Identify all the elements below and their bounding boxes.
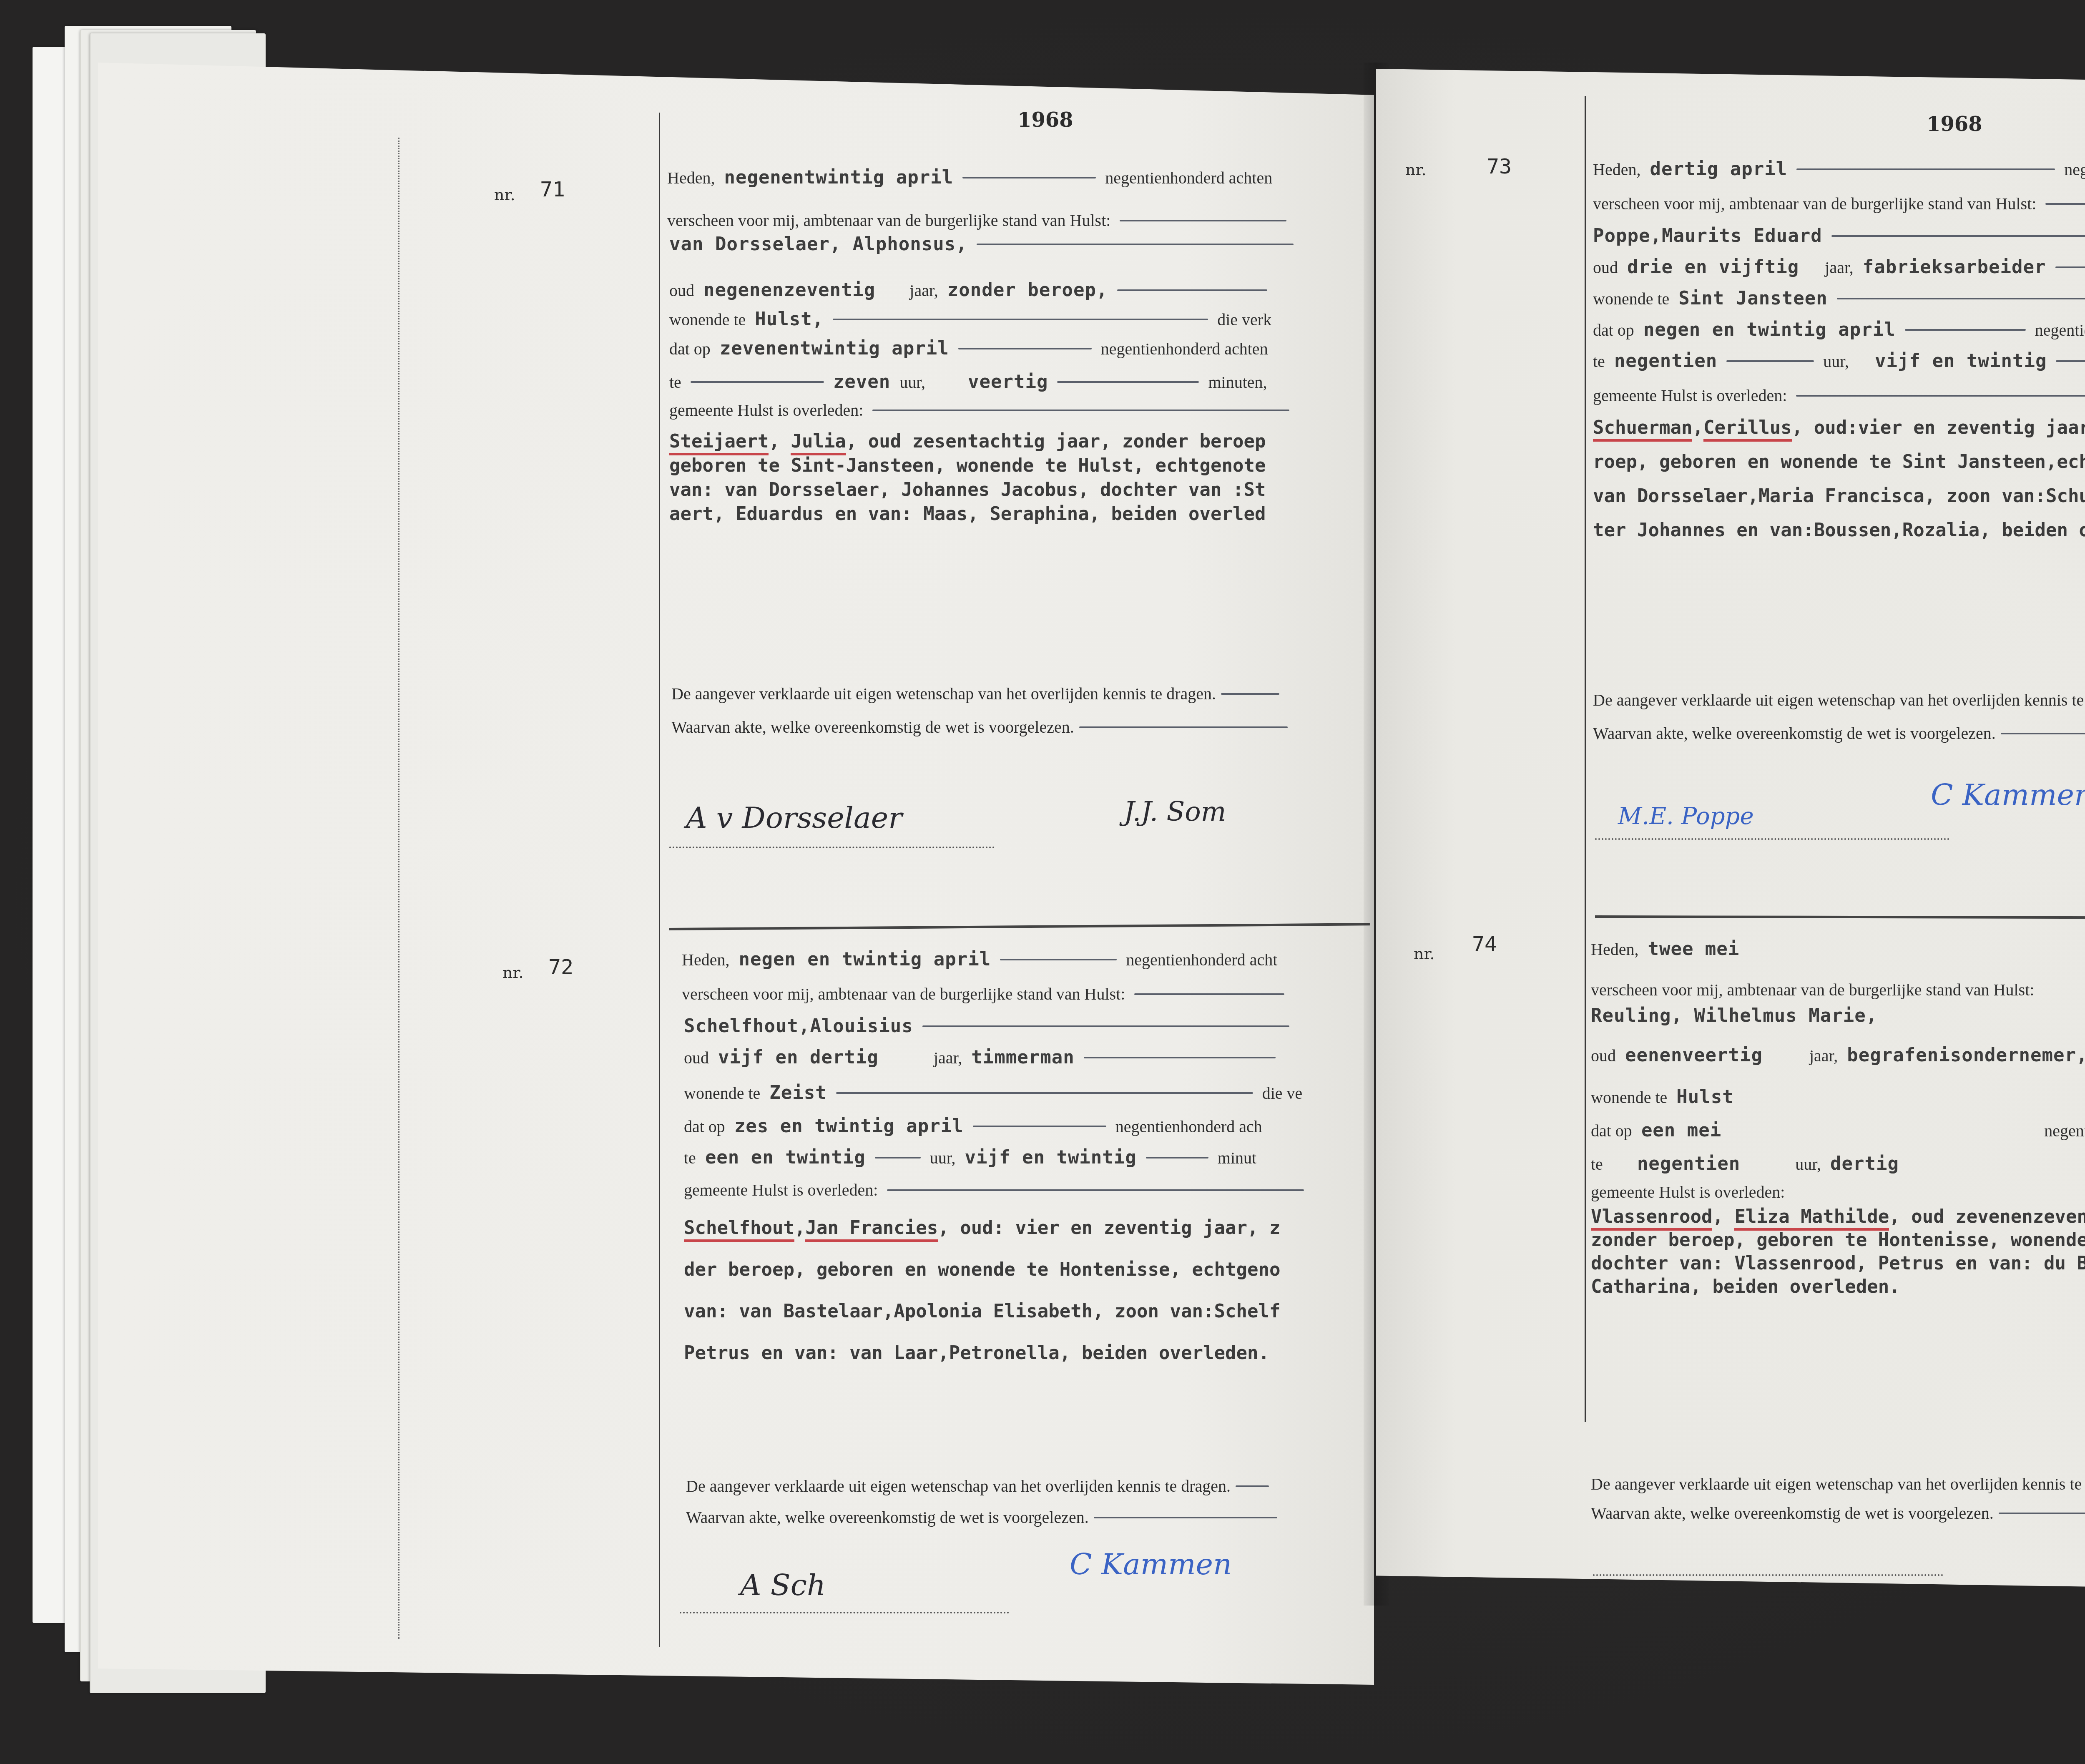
- deceased-surname: Schuerman: [1593, 417, 1692, 442]
- signature-line: [680, 1612, 1009, 1613]
- blank-line: [836, 1092, 1253, 1094]
- nr-label: nr.: [494, 186, 515, 204]
- label-uur: uur,: [1795, 1154, 1821, 1174]
- body-line: der beroep, geboren en wonende te Honten…: [684, 1259, 1280, 1280]
- blank-line: [2001, 733, 2085, 734]
- label-wonende-te: wonende te: [1591, 1088, 1667, 1107]
- field-residence: Zeist: [769, 1082, 826, 1103]
- field-minutes: vijf en twintig: [965, 1147, 1136, 1168]
- label-wonende-te: wonende te: [1593, 289, 1669, 309]
- blank-line: [1796, 168, 2055, 170]
- field-age: eenenveertig: [1625, 1045, 1763, 1066]
- label-oud: oud: [669, 281, 694, 300]
- label-uur: uur,: [930, 1148, 956, 1168]
- blank-line: [1117, 289, 1267, 291]
- label-heden: Heden,: [667, 168, 715, 188]
- body-line: zonder beroep, geboren te Hontenisse, wo…: [1591, 1229, 2085, 1251]
- body-line: Petrus en van: van Laar,Petronella, beid…: [684, 1342, 1269, 1364]
- blank-line: [691, 381, 824, 383]
- label-minuten: minut: [1218, 1148, 1256, 1168]
- field-minutes: veertig: [968, 371, 1048, 392]
- field-date-of-death: een mei: [1641, 1120, 1721, 1141]
- field-age: negenenzeventig: [703, 279, 875, 301]
- blank-line: [977, 244, 1294, 245]
- margin-dotted-rule: [398, 138, 399, 1639]
- field-residence: Hulst,: [755, 309, 824, 330]
- record-number: 73: [1487, 154, 1512, 178]
- field-age: drie en vijftig: [1627, 256, 1799, 278]
- blank-line: [1999, 1513, 2085, 1514]
- blank-line: [875, 1157, 921, 1158]
- signature-declarant: A v Dorsselaer: [686, 801, 902, 835]
- blank-line: [1057, 381, 1199, 383]
- deceased-surname: Steijaert: [669, 431, 769, 455]
- signature-registrar: C Kammen: [1931, 778, 2085, 812]
- label-jaar: jaar,: [1825, 258, 1853, 277]
- nr-label: nr.: [1414, 945, 1435, 963]
- blank-line: [973, 1126, 1106, 1127]
- label-wonende-te: wonende te: [684, 1083, 760, 1103]
- label-jaar: jaar,: [934, 1048, 962, 1068]
- blank-line: [1236, 1485, 1269, 1487]
- label-die-verklaarde: die ve: [1262, 1083, 1303, 1103]
- blank-line: [1146, 1157, 1208, 1158]
- body-line: van: van Bastelaar,Apolonia Elisabeth, z…: [684, 1301, 1280, 1322]
- field-age: vijf en dertig: [718, 1047, 879, 1068]
- waarvan-akte-statement: Waarvan akte, welke overeenkomstig de we…: [1591, 1503, 1994, 1523]
- label-verscheen: verscheen voor mij, ambtenaar van de bur…: [1593, 194, 2036, 214]
- signature-registrar: C Kammen: [1070, 1547, 1232, 1581]
- field-date-of-death: negen en twintig april: [1643, 319, 1896, 340]
- deceased-surname: Schelfhout: [684, 1217, 794, 1242]
- signature-declarant: M.E. Poppe: [1618, 803, 1754, 830]
- field-occupation: timmerman: [971, 1047, 1074, 1068]
- aangever-statement: De aangever verklaarde uit eigen wetensc…: [1593, 690, 2085, 710]
- record-number: 74: [1472, 932, 1497, 956]
- blank-line: [1726, 360, 1814, 362]
- field-heden: negenentwintig april: [724, 167, 953, 188]
- label-dat-op: dat op: [669, 339, 711, 359]
- aangever-statement: De aangever verklaarde uit eigen wetensc…: [686, 1476, 1231, 1496]
- label-verscheen: verscheen voor mij, ambtenaar van de bur…: [682, 984, 1125, 1004]
- deceased-given-names: Cerillus: [1703, 417, 1792, 442]
- label-dat-op: dat op: [1591, 1121, 1632, 1141]
- blank-line: [1796, 395, 2085, 397]
- label-gemeente: gemeente Hulst is overleden:: [1593, 386, 1787, 405]
- blank-line: [958, 348, 1092, 349]
- body-line: , oud zesentachtig jaar, zonder beroep: [846, 431, 1266, 452]
- waarvan-akte-statement: Waarvan akte, welke overeenkomstig de we…: [686, 1508, 1089, 1527]
- body-line: ter Johannes en van:Boussen,Rozalia, bei…: [1593, 520, 2085, 541]
- label-te: te: [669, 372, 681, 392]
- aangever-statement: De aangever verklaarde uit eigen wetensc…: [671, 684, 1216, 704]
- signature-registrar: J.J. Som: [1124, 797, 1226, 827]
- label-uur: uur,: [899, 372, 925, 392]
- deceased-description: Schelfhout,Jan Francies, oud: vier en ze…: [684, 1207, 1281, 1374]
- label-dat-op: dat op: [1593, 320, 1634, 340]
- field-residence: Hulst: [1676, 1086, 1733, 1108]
- blank-line: [2055, 266, 2085, 268]
- field-hour: een en twintig: [705, 1147, 866, 1168]
- field-heden: negen en twintig april: [739, 949, 991, 970]
- column-rule: [659, 113, 660, 1647]
- field-occupation: begrafenisondernemer,: [1847, 1045, 2085, 1066]
- signature-declarant: A Sch: [740, 1568, 826, 1602]
- aangever-statement: De aangever verklaarde uit eigen wetensc…: [1591, 1474, 2085, 1494]
- label-wonende-te: wonende te: [669, 310, 746, 329]
- body-line: roep, geboren en wonende te Sint Janstee…: [1593, 451, 2085, 472]
- label-gemeente: gemeente Hulst is overleden:: [669, 400, 863, 420]
- blank-line: [887, 1189, 1304, 1191]
- deceased-description: Schuerman,Cerillus, oud:vier en zeventig…: [1593, 411, 2085, 548]
- left-page: 1968 nr. 71 Heden, negenentwintig april …: [98, 63, 1374, 1685]
- body-line: geboren te Sint-Jansteen, wonende te Hul…: [669, 455, 1266, 476]
- label-year-words: negentienhonderd achtenzestig,: [2064, 160, 2085, 179]
- label-jaar: jaar,: [909, 281, 938, 300]
- blank-line: [1837, 298, 2085, 299]
- blank-line: [1831, 235, 2085, 237]
- nr-label: nr.: [1405, 161, 1427, 179]
- label-verscheen: verscheen voor mij, ambtenaar van de bur…: [667, 211, 1110, 230]
- blank-line: [1134, 993, 1284, 995]
- body-line: Catharina, beiden overleden.: [1591, 1276, 1900, 1297]
- label-te: te: [1593, 352, 1605, 371]
- body-line: van Dorsselaer,Maria Francisca, zoon van…: [1593, 485, 2085, 507]
- blank-line: [1221, 693, 1279, 695]
- nr-label: nr.: [502, 963, 524, 982]
- record-separator: [1595, 915, 2085, 919]
- field-occupation: zonder beroep,: [947, 279, 1108, 301]
- label-gemeente: gemeente Hulst is overleden:: [684, 1180, 878, 1200]
- field-date-of-death: zevenentwintig april: [720, 338, 949, 359]
- waarvan-akte-statement: Waarvan akte, welke overeenkomstig de we…: [1593, 724, 1996, 743]
- field-date-of-death: zes en twintig april: [734, 1116, 964, 1137]
- deceased-description: Steijaert, Julia, oud zesentachtig jaar,…: [669, 430, 1266, 526]
- blank-line: [2056, 360, 2085, 362]
- deceased-surname: Vlassenrood: [1591, 1206, 1712, 1231]
- field-residence: Sint Jansteen: [1678, 288, 1827, 309]
- body-line: , oud zevenenzeventig jaar,: [1889, 1206, 2085, 1227]
- label-minuten: minuten,: [1208, 372, 1267, 392]
- blank-line: [1000, 959, 1117, 960]
- label-die-verklaarde: die verk: [1217, 310, 1271, 329]
- deceased-given-names: Julia: [791, 431, 846, 455]
- signature-line: [1593, 1574, 1943, 1576]
- field-declarant: van Dorsselaer, Alphonsus,: [669, 234, 967, 255]
- blank-line: [2045, 203, 2085, 205]
- record-separator: [669, 923, 1370, 930]
- label-year-words: negentienhonderd achtenzestig,: [2035, 320, 2085, 340]
- signature-line: [669, 847, 995, 848]
- field-minutes: vijf en twintig: [1875, 350, 2047, 372]
- field-heden: twee mei: [1648, 938, 1739, 960]
- deceased-given-names: Eliza Mathilde: [1734, 1206, 1889, 1231]
- label-year-words: negentienhonderd achten: [1105, 168, 1272, 188]
- label-oud: oud: [684, 1048, 709, 1068]
- body-line: van: van Dorsselaer, Johannes Jacobus, d…: [669, 479, 1266, 500]
- page-year: 1968: [1017, 108, 1073, 132]
- blank-line: [833, 319, 1208, 320]
- field-occupation: fabrieksarbeider: [1863, 256, 2046, 278]
- deceased-description: Vlassenrood, Eliza Mathilde, oud zevenen…: [1591, 1205, 2085, 1299]
- label-year-words: negentienhonderd acht: [1126, 950, 1277, 970]
- field-declarant: Poppe,Maurits Eduard: [1593, 225, 1822, 246]
- column-rule: [1585, 96, 1586, 1422]
- label-year-words: negentienhonderd achtenzestig,: [2044, 1121, 2085, 1141]
- field-declarant: Reuling, Wilhelmus Marie,: [1591, 1005, 1877, 1026]
- label-gemeente: gemeente Hulst is overleden:: [1591, 1182, 1785, 1202]
- label-year-words: negentienhonderd achten: [1101, 339, 1268, 359]
- blank-line: [1079, 726, 1288, 728]
- signature-line: [1595, 838, 1949, 840]
- blank-line: [1084, 1057, 1276, 1058]
- label-heden: Heden,: [682, 950, 729, 970]
- label-heden: Heden,: [1591, 940, 1638, 959]
- blank-line: [1905, 329, 2026, 331]
- label-uur: uur,: [1823, 352, 1849, 371]
- body-line: aert, Eduardus en van: Maas, Seraphina, …: [669, 503, 1266, 525]
- label-oud: oud: [1591, 1046, 1616, 1065]
- deceased-given-names: Jan Francies: [805, 1217, 938, 1242]
- label-jaar: jaar,: [1809, 1046, 1838, 1065]
- field-declarant: Schelfhout,Alouisius: [684, 1015, 913, 1037]
- field-hour: negentien: [1637, 1153, 1740, 1174]
- label-te: te: [1591, 1154, 1603, 1174]
- blank-line: [1120, 220, 1286, 221]
- label-heden: Heden,: [1593, 160, 1640, 179]
- record-number: 71: [540, 177, 565, 201]
- right-page: 1968 ✓ nr. 73 Heden, dertig april negent…: [1376, 69, 2085, 1591]
- body-line: dochter van: Vlassenrood, Petrus en van:…: [1591, 1253, 2085, 1274]
- body-line: , oud:vier en zeventig jaar, zonder be-: [1792, 417, 2085, 438]
- field-hour: zeven: [833, 371, 890, 392]
- field-heden: dertig april: [1650, 158, 1787, 180]
- label-verscheen: verscheen voor mij, ambtenaar van de bur…: [1591, 980, 2034, 1000]
- label-year-words: negentienhonderd ach: [1115, 1117, 1262, 1136]
- field-minutes: dertig: [1830, 1153, 1899, 1174]
- blank-line: [922, 1025, 1289, 1027]
- field-hour: negentien: [1614, 350, 1717, 372]
- body-line: , oud: vier en zeventig jaar, z: [938, 1217, 1280, 1239]
- blank-line: [962, 177, 1096, 178]
- waarvan-akte-statement: Waarvan akte, welke overeenkomstig de we…: [671, 717, 1074, 737]
- blank-line: [872, 410, 1289, 411]
- blank-line: [1094, 1517, 1277, 1518]
- label-oud: oud: [1593, 258, 1618, 277]
- label-te: te: [684, 1148, 696, 1168]
- page-year: 1968: [1927, 113, 1982, 136]
- record-number: 72: [548, 955, 573, 979]
- label-dat-op: dat op: [684, 1117, 725, 1136]
